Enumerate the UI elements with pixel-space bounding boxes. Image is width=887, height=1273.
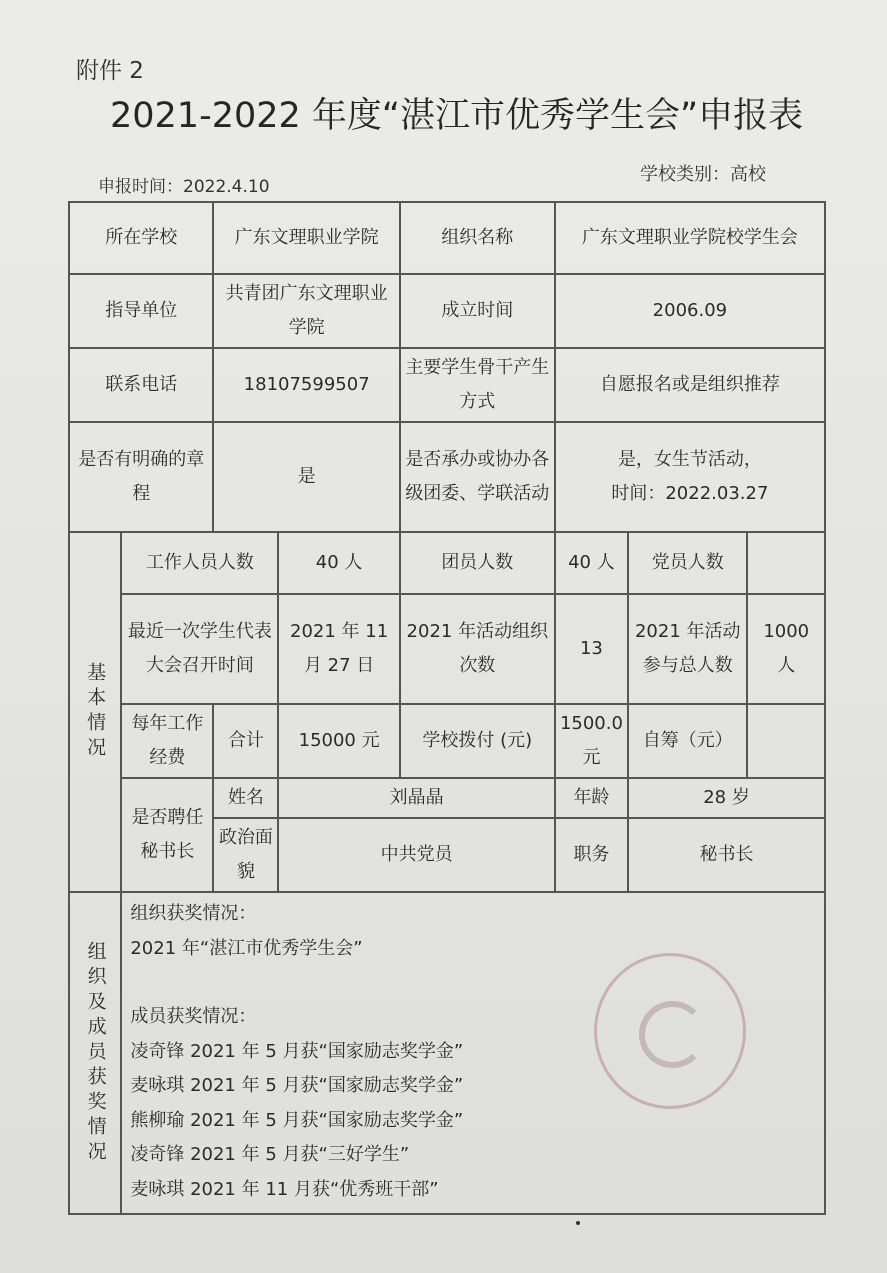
activities-label: 2021 年活动组织次数 — [400, 594, 555, 704]
document-page: 附件 2 2021-2022 年度“湛江市优秀学生会”申报表 申报时间：2022… — [0, 0, 887, 1273]
org-name-value: 广东文理职业学院校学生会 — [555, 202, 825, 274]
party-value — [747, 532, 825, 594]
age-value: 28 岁 — [628, 778, 825, 818]
apply-date: 申报时间：2022.4.10 — [98, 172, 270, 197]
party-label: 党员人数 — [628, 532, 747, 594]
school-fund-value: 1500.0 元 — [555, 704, 628, 778]
funds-label: 每年工作经费 — [121, 704, 213, 778]
league-label: 团员人数 — [400, 532, 555, 594]
table-row: 组织及成员获奖情况 组织获奖情况： 2021 年“湛江市优秀学生会” 成员获奖情… — [69, 892, 825, 1214]
age-label: 年龄 — [555, 778, 628, 818]
org-name-label: 组织名称 — [400, 202, 555, 274]
school-value: 广东文理职业学院 — [213, 202, 399, 274]
application-form-table: 所在学校 广东文理职业学院 组织名称 广东文理职业学院校学生会 指导单位 共青团… — [68, 201, 826, 1215]
phone-value: 18107599507 — [213, 348, 399, 422]
host-value-line2: 时间：2022.03.27 — [560, 477, 820, 511]
secretary-label: 是否聘任秘书长 — [121, 778, 213, 892]
host-value-line1: 是，女生节活动， — [560, 443, 820, 477]
position-value: 秘书长 — [628, 818, 825, 892]
participants-value: 1000 人 — [747, 594, 825, 704]
table-row: 联系电话 18107599507 主要学生骨干产生方式 自愿报名或是组织推荐 — [69, 348, 825, 422]
table-row: 是否有明确的章程 是 是否承办或协办各级团委、学联活动 是，女生节活动， 时间：… — [69, 422, 825, 532]
staff-value: 40 人 — [278, 532, 399, 594]
political-label: 政治面貌 — [213, 818, 278, 892]
member-award-item: 熊柳瑜 2021 年 5 月获“国家励志奖学金” — [130, 1104, 816, 1139]
cadre-value: 自愿报名或是组织推荐 — [555, 348, 825, 422]
charter-value: 是 — [213, 422, 399, 532]
political-value: 中共党员 — [278, 818, 554, 892]
found-label: 成立时间 — [400, 274, 555, 348]
org-awards-heading: 组织获奖情况： — [130, 897, 816, 932]
school-fund-label: 学校拨付 (元) — [400, 704, 555, 778]
org-award-item: 2021 年“湛江市优秀学生会” — [130, 932, 816, 967]
total-label: 合计 — [213, 704, 278, 778]
congress-value: 2021 年 11 月 27 日 — [278, 594, 399, 704]
seal-emblem-icon — [639, 1001, 706, 1068]
table-row: 最近一次学生代表大会召开时间 2021 年 11 月 27 日 2021 年活动… — [69, 594, 825, 704]
awards-section-label: 组织及成员获奖情况 — [69, 892, 121, 1214]
document-title: 2021-2022 年度“湛江市优秀学生会”申报表 — [110, 88, 803, 138]
paper-speck — [576, 1221, 580, 1225]
guide-label: 指导单位 — [69, 274, 213, 348]
charter-label: 是否有明确的章程 — [69, 422, 213, 532]
official-seal — [594, 953, 746, 1109]
table-row: 所在学校 广东文理职业学院 组织名称 广东文理职业学院校学生会 — [69, 202, 825, 274]
member-award-item: 麦咏琪 2021 年 11 月获“优秀班干部” — [130, 1173, 816, 1208]
school-label: 所在学校 — [69, 202, 213, 274]
found-value: 2006.09 — [555, 274, 825, 348]
phone-label: 联系电话 — [69, 348, 213, 422]
total-value: 15000 元 — [278, 704, 399, 778]
member-award-item: 凌奇锋 2021 年 5 月获“三好学生” — [130, 1138, 816, 1173]
school-type: 学校类别：高校 — [640, 160, 766, 186]
host-label: 是否承办或协办各级团委、学联活动 — [400, 422, 555, 532]
attachment-label: 附件 2 — [76, 52, 144, 85]
host-value: 是，女生节活动， 时间：2022.03.27 — [555, 422, 825, 532]
basic-section-label: 基本情况 — [69, 532, 121, 892]
table-row: 指导单位 共青团广东文理职业学院 成立时间 2006.09 — [69, 274, 825, 348]
league-value: 40 人 — [555, 532, 628, 594]
awards-content: 组织获奖情况： 2021 年“湛江市优秀学生会” 成员获奖情况： 凌奇锋 202… — [121, 892, 825, 1214]
name-label: 姓名 — [213, 778, 278, 818]
activities-value: 13 — [555, 594, 628, 704]
guide-value: 共青团广东文理职业学院 — [213, 274, 399, 348]
position-label: 职务 — [555, 818, 628, 892]
table-row: 是否聘任秘书长 姓名 刘晶晶 年龄 28 岁 — [69, 778, 825, 818]
staff-label: 工作人员人数 — [121, 532, 278, 594]
participants-label: 2021 年活动参与总人数 — [628, 594, 747, 704]
table-row: 每年工作经费 合计 15000 元 学校拨付 (元) 1500.0 元 自筹（元… — [69, 704, 825, 778]
cadre-label: 主要学生骨干产生方式 — [400, 348, 555, 422]
self-fund-label: 自筹（元） — [628, 704, 747, 778]
self-fund-value — [747, 704, 825, 778]
name-value: 刘晶晶 — [278, 778, 554, 818]
table-row: 基本情况 工作人员人数 40 人 团员人数 40 人 党员人数 — [69, 532, 825, 594]
congress-label: 最近一次学生代表大会召开时间 — [121, 594, 278, 704]
